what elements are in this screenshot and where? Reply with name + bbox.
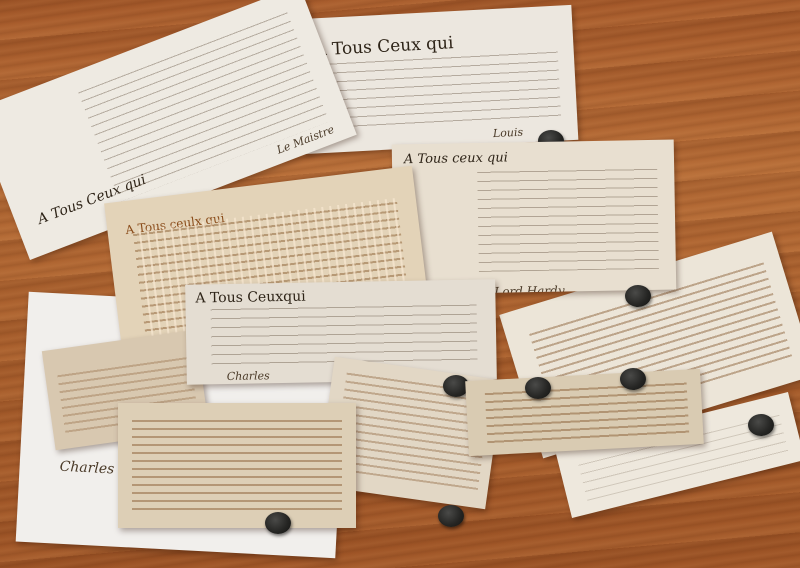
- wax-seal: [438, 505, 464, 527]
- handwritten-text: [132, 416, 341, 511]
- signature: Charles: [227, 369, 270, 383]
- document-bottom-strip: [465, 369, 704, 456]
- wax-seal: [525, 377, 551, 399]
- wax-seal: [265, 512, 291, 534]
- signature: Louis: [493, 126, 524, 141]
- document-heading: A Tous ceux qui: [404, 150, 508, 167]
- document-bottom-left: [118, 403, 356, 528]
- signature: Lord Hardy: [494, 283, 564, 294]
- signature: Charles: [59, 459, 114, 478]
- handwritten-text: [484, 379, 689, 445]
- wax-seal: [625, 285, 651, 307]
- handwritten-text: [477, 164, 659, 272]
- handwritten-text: [321, 46, 561, 134]
- wax-seal: [748, 414, 774, 436]
- wax-seal: [620, 368, 646, 390]
- document-center-right: A Tous ceux qui Lord Hardy: [392, 140, 677, 295]
- handwritten-text: [76, 8, 329, 202]
